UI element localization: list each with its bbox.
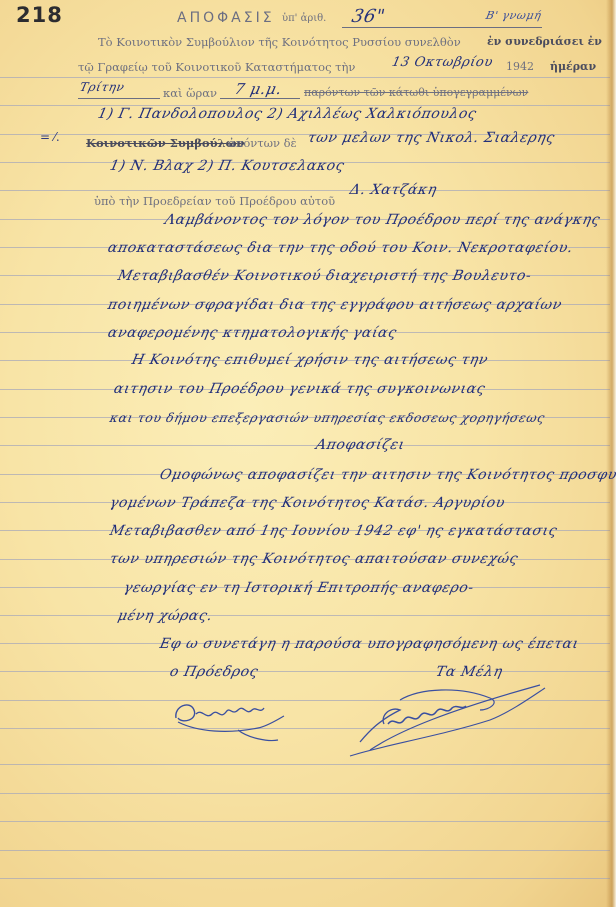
decision-heading: Αποφασίζει [314, 437, 406, 453]
preamble-line2: τῷ Γραφείῳ τοῦ Κοινοτικοῦ Καταστήματος τ… [78, 60, 355, 74]
page-edge [606, 0, 616, 907]
body-line: αιτησιν του Προέδρου γενικά της συγκοινω… [112, 381, 487, 397]
rule-line [0, 850, 610, 851]
president-signature [168, 688, 298, 748]
members-absent: των μελων της Νικολ. Σιαλερης [306, 130, 556, 146]
body-line: αναφερομένης κτηματολογικής γαίας [106, 325, 398, 341]
preamble-line1-bold: ἐν συνεδριάσει ἐν [487, 35, 602, 48]
decision-number: 36" [350, 6, 387, 27]
rule-line [0, 821, 610, 822]
margin-mark: = ⁄. [40, 130, 60, 144]
preamble-line2-bold: ἡμέραν [550, 60, 596, 73]
members-absent-list: 1) Ν. Βλαχ 2) Π. Κουτσελακος [108, 158, 346, 174]
closing-line: Εφ ω συνετάγη η παρούσα υπογραφησόμενη ω… [158, 636, 580, 652]
preamble-line3-a: καὶ ὥραν [163, 86, 217, 100]
preamble-line5-struck: Κοινοτικῶν Συμβούλων [86, 136, 245, 150]
body-line: γεωργίας εν τη Ιστορική Επιτροπής αναφερ… [122, 580, 475, 596]
page-number: 218 [16, 3, 63, 27]
body-line: Μεταβιβασθέν Κοινοτικού διαχειριστή της … [116, 268, 533, 284]
meeting-date: 13 Οκτωβρίου [390, 55, 494, 70]
rule-line [0, 671, 610, 672]
president-label: ο Πρόεδρος [168, 664, 260, 680]
number-blank [342, 27, 542, 28]
rule-line [0, 793, 610, 794]
body-line: μένη χώρας. [116, 608, 214, 624]
members-label: Τα Μέλη [434, 664, 504, 680]
body-line: Η Κοινότης επιθυμεί χρήσιν της αιτήσεως … [130, 352, 489, 368]
body-line: των υπηρεσιών της Κοινότητος απαιτούσαν … [108, 551, 519, 567]
preamble-line7: ὑπὸ τὴν Προεδρείαν τοῦ Προέδρου αὐτοῦ [94, 194, 335, 208]
body-line: Ομοφώνως αποφασίζει την αιτησιν της Κοιν… [158, 467, 616, 483]
number-label: ὑπ' ἀριθ. [282, 13, 326, 24]
meeting-day: Τρίτην [79, 80, 126, 94]
body-line: Μεταβιβασθεν από 1ης Ιουνίου 1942 εφ' ης… [108, 523, 559, 539]
meeting-time: 7 μ.μ. [233, 80, 284, 98]
rule-line [0, 764, 610, 765]
top-right-note: Β' γνωμή [485, 9, 543, 22]
rule-line [0, 445, 610, 446]
rule-line [0, 878, 610, 879]
document-title: ΑΠΟΦΑΣΙΣ [177, 10, 275, 26]
member-signature [340, 680, 550, 760]
day-blank [78, 98, 160, 99]
body-line: αποκαταστάσεως δια την της οδού του Κοιν… [106, 240, 574, 256]
meeting-year: 1942 [506, 60, 534, 73]
members-present: 1) Γ. Πανδολοπουλος 2) Αχιλλέως Χαλκιόπο… [96, 106, 478, 122]
ledger-page: 218 ΑΠΟΦΑΣΙΣ ὑπ' ἀριθ. 36" Β' γνωμή Τὸ Κ… [0, 0, 616, 907]
rule-line [0, 615, 610, 616]
time-blank [220, 98, 300, 99]
body-line: και του δήμου επεξεργασιών υπηρεσίας εκδ… [108, 410, 546, 425]
preamble-line5: ἀπόντων δὲ [228, 136, 297, 150]
body-line: ποιημένων σφραγίδαι δια της εγγράφου αιτ… [106, 297, 563, 313]
preamble-line3-b: παρόντων τῶν κάτωθι ὑπογεγραμμένων [304, 86, 528, 99]
president-name: Δ. Χατζάκη [348, 182, 438, 198]
preamble-line1: Τὸ Κοινοτικὸν Συμβούλιον τῆς Κοινότητος … [98, 35, 461, 49]
rule-line [0, 190, 610, 191]
body-line: Λαμβάνοντος τον λόγον του Προέδρου περί … [163, 212, 601, 228]
body-line: γομένων Τράπεζα της Κοινότητος Κατάσ. Αρ… [108, 495, 506, 511]
rule-line [0, 77, 610, 78]
